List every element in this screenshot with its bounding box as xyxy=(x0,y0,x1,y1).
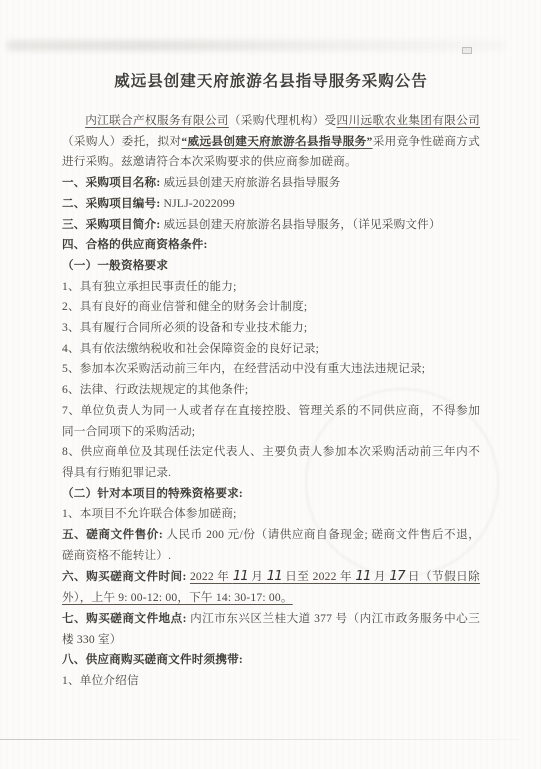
general-requirement-item-3: 3、具有履行合同所必须的设备和专业技术能力; xyxy=(62,318,480,339)
section-purchase-location-label: 七、购买磋商文件地点: xyxy=(62,612,190,625)
scan-speck-artifact xyxy=(462,47,472,54)
document-body: 威远县创建天府旅游名县指导服务采购公告 内江联合产权服务有限公司（采购代理机构）… xyxy=(62,72,480,692)
general-requirement-item-6: 6、法律、行政法规规定的其他条件; xyxy=(62,380,480,401)
date-text-4: 月 xyxy=(371,570,390,583)
section-project-number: 二、采购项目编号: NJLJ-2022099 xyxy=(62,194,480,215)
handwritten-month-end: 11 xyxy=(355,568,370,584)
section-bring-label: 八、供应商购买磋商文件时须携带: xyxy=(62,653,243,666)
buyer-name: 四川远歌农业集团有限公司 xyxy=(337,114,480,127)
page-title: 威远县创建天府旅游名县指导服务采购公告 xyxy=(62,72,480,92)
section-project-brief-value: 威远县创建天府旅游名县指导服务，（详见采购文件） xyxy=(164,218,441,231)
handwritten-month-start: 11 xyxy=(233,568,248,584)
agency-name: 内江联合产权服务有限公司 xyxy=(85,114,229,127)
general-requirements-heading: （一）一般资格要求 xyxy=(62,256,480,277)
section-purchase-time-label: 六、购买磋商文件时间: xyxy=(62,570,190,583)
section-project-brief: 三、采购项目简介: 威远县创建天府旅游名县指导服务，（详见采购文件） xyxy=(62,215,480,236)
special-requirements-heading: （二）针对本项目的特殊资格要求: xyxy=(62,484,480,505)
section-qualification: 四、合格的供应商资格条件: xyxy=(62,235,480,256)
special-requirement-item-1: 1、本项目不允许联合体参加磋商; xyxy=(62,504,480,525)
scan-line-artifact xyxy=(0,739,520,740)
bring-item-1: 1、单位介绍信 xyxy=(62,671,480,692)
date-text-2: 月 xyxy=(248,570,267,583)
handwritten-day-start: 11 xyxy=(267,568,282,584)
general-requirement-item-1: 1、具有独立承担民事责任的能力; xyxy=(62,277,480,298)
section-project-name-value: 威远县创建天府旅游名县指导服务 xyxy=(164,176,341,189)
general-requirement-item-4: 4、具有依法缴纳税收和社会保障资金的良好记录; xyxy=(62,339,480,360)
general-requirement-item-2: 2、具有良好的商业信誉和健全的财务会计制度; xyxy=(62,297,480,318)
handwritten-day-end: 17 xyxy=(389,568,404,584)
section-purchase-time: 六、购买磋商文件时间: 2022 年 11 月 11 日至 2022 年 11 … xyxy=(62,566,480,608)
general-requirement-item-7: 7、单位负责人为同一人或者存在直接控股、管理关系的不同供应商，不得参加同一合同项… xyxy=(62,401,480,442)
general-requirement-item-8: 8、供应商单位及其现任法定代表人、主要负责人参加本次采购活动前三年内不得具有行贿… xyxy=(62,442,480,483)
section-project-brief-label: 三、采购项目简介: xyxy=(62,218,164,231)
section-bring-heading: 八、供应商购买磋商文件时须携带: xyxy=(62,650,480,671)
intro-text-1: （采购代理机构）受 xyxy=(229,114,337,127)
section-project-number-value: NJLJ-2022099 xyxy=(164,197,235,210)
intro-text-2: （采购人）委托，拟对 xyxy=(62,135,181,148)
section-project-number-label: 二、采购项目编号: xyxy=(62,197,164,210)
section-purchase-location: 七、购买磋商文件地点: 内江市东兴区兰桂大道 377 号（内江市政务服务中心三楼… xyxy=(62,609,480,650)
date-text-3: 日至 2022 年 xyxy=(282,570,356,583)
section-project-name-label: 一、采购项目名称: xyxy=(62,176,164,189)
project-name: “威远县创建天府旅游名县指导服务” xyxy=(181,135,372,148)
date-text-1: 2022 年 xyxy=(190,570,233,583)
section-project-name: 一、采购项目名称: 威远县创建天府旅游名县指导服务 xyxy=(62,173,480,194)
scan-shadow-artifact xyxy=(6,40,506,51)
section-document-price-label: 五、磋商文件售价: xyxy=(62,528,166,541)
general-requirement-item-5: 5、参加本次采购活动前三年内，在经营活动中没有重大违法违规记录; xyxy=(62,359,480,380)
section-qualification-label: 四、合格的供应商资格条件: xyxy=(62,238,208,251)
intro-paragraph: 内江联合产权服务有限公司（采购代理机构）受四川远歌农业集团有限公司（采购人）委托… xyxy=(62,111,480,173)
section-document-price: 五、磋商文件售价: 人民币 200 元/份（请供应商自备现金; 磋商文件售后不退… xyxy=(62,525,480,566)
scanned-document: { "doc": { "title": "威远县创建天府旅游名县指导服务采购公告… xyxy=(0,0,541,769)
document-page: 威远县创建天府旅游名县指导服务采购公告 内江联合产权服务有限公司（采购代理机构）… xyxy=(0,0,541,769)
